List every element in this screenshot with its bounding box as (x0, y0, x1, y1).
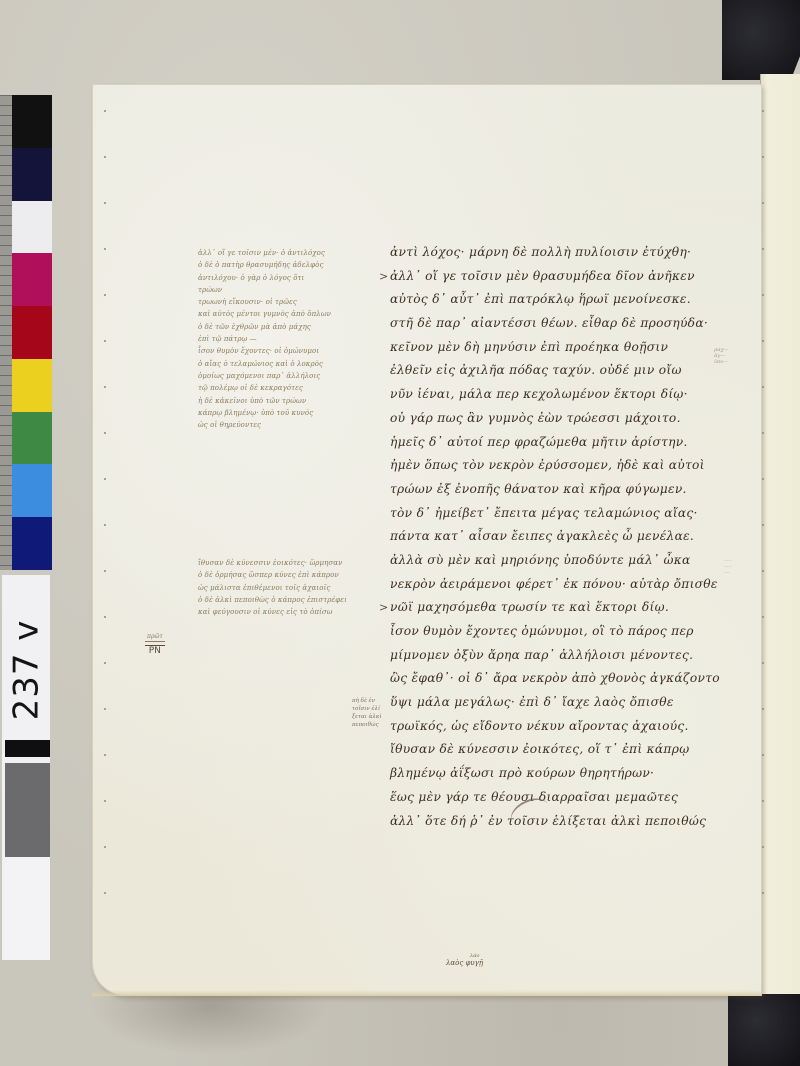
text-line: ὣς ἔφαθ᾽· οἱ δ᾽ ἄρα νεκρὸν ἀπὸ χθονὸς ἀγ… (390, 667, 750, 691)
pricking-hole (104, 800, 106, 802)
text-line: τρωϊκός, ὡς εἴδοντο νέκυν αἴροντας ἀχαιο… (390, 715, 750, 739)
text-line-content: αὐτὸς δ᾽ αὖτ᾽ ἐπὶ πατρόκλῳ ἥρωϊ μενοίνεσ… (390, 292, 691, 306)
gloss-line: ὁμοίως μαχόμενοι παρ᾽ ἀλλήλοις (198, 370, 378, 382)
gloss-line: τρωωνὴ εἴκουσιν· οἱ τρῶες (198, 296, 378, 308)
text-line: ἀλλὰ σὺ μὲν καὶ μηριόνης ὑποδύντε μάλ᾽ ὦ… (390, 549, 750, 573)
pricking-hole (104, 478, 106, 480)
gloss-line: ἴθυσαν δὲ κύνεσσιν ἐοικότες· ὥρμησαν (198, 557, 378, 569)
gloss-line: ὁ δὲ ὁρμήσας ὥσπερ κύνες ἐπὶ κάπρον (198, 569, 378, 581)
folio-label-strip: 237 v (2, 575, 50, 960)
pricking-hole (104, 202, 106, 204)
text-line-content: ὕψι μάλα μεγάλως· ἐπὶ δ᾽ ἴαχε λαὸς ὄπισθ… (390, 695, 674, 709)
pricking-hole (104, 110, 106, 112)
line-marker-icon: > (379, 265, 389, 289)
main-text-block: ἀντὶ λόχος· μάρνη δὲ πολλὴ πυλίοισιν ἐτύ… (390, 241, 750, 833)
quire-signature-above: πρῶτ (145, 633, 165, 642)
text-line: ὕψι μάλα μεγάλως· ἐπὶ δ᾽ ἴαχε λαὸς ὄπισθ… (390, 691, 750, 715)
text-line: ἡμεῖς δ᾽ αὐτοί περ φραζώμεθα μῆτιν ἀρίστ… (390, 431, 750, 455)
label-block-white (5, 857, 50, 960)
marginal-gloss-lower: ἴθυσαν δὲ κύνεσσιν ἐοικότες· ὥρμησανὁ δὲ… (198, 557, 378, 618)
gloss-line: ὁ δὲ ἀλκὶ πεποιθὼς ὁ κάπρος ἐπιστρέφει (198, 594, 378, 606)
text-line: κεῖνον μὲν δὴ μηνύσιν ἐπὶ προέηκα θοῇσιν (390, 336, 750, 360)
pricking-hole (762, 570, 764, 572)
text-line-content: στῆ δὲ παρ᾽ αἰαντέσσι θέων. εἶθαρ δὲ προ… (390, 316, 708, 330)
text-line: ἶσον θυμὸν ἔχοντες ὁμώνυμοι, οἳ τὸ πάρος… (390, 620, 750, 644)
swatch-cyan (12, 464, 52, 517)
text-line-content: βλημένῳ ἀΐξωσι πρὸ κούρων θηρητήρων· (390, 766, 654, 780)
text-line-content: ἴθυσαν δὲ κύνεσσιν ἐοικότες, οἵ τ᾽ ἐπὶ κ… (390, 742, 689, 756)
catchword: λάο λαὸς φυγῇ (446, 953, 483, 968)
text-line: πάντα κατ᾽ αἶσαν ἔειπες ἀγακλεὲς ὦ μενέλ… (390, 525, 750, 549)
pricking-hole (762, 662, 764, 664)
pricking-hole (104, 294, 106, 296)
text-line-content: τὸν δ᾽ ἠμείβετ᾽ ἔπειτα μέγας τελαμώνιος … (390, 506, 698, 520)
pricking-hole (104, 708, 106, 710)
pricking-hole (762, 616, 764, 618)
swatch-black (12, 95, 52, 148)
text-line: ἀντὶ λόχος· μάρνη δὲ πολλὴ πυλίοισιν ἐτύ… (390, 241, 750, 265)
swatch-yellow (12, 359, 52, 412)
text-line-content: νεκρὸν ἀειράμενοι φέρετ᾽ ἐκ πόνου· αὐτὰρ… (390, 577, 718, 591)
swatch-white (12, 201, 52, 254)
text-line-content: κεῖνον μὲν δὴ μηνύσιν ἐπὶ προέηκα θοῇσιν (390, 340, 668, 354)
text-line-content: ἠμὲν ὅπως τὸν νεκρὸν ἐρύσσομεν, ἠδὲ καὶ … (390, 458, 705, 472)
pricking-hole (104, 156, 106, 158)
pricking-hole (104, 616, 106, 618)
gloss-line: ὡς οἱ θηρεύοντες (198, 419, 378, 431)
gloss-line: ὡς μάλιστα ἐπιθέμενοι τοῖς ἀχαιοῖς (198, 582, 378, 594)
pricking-hole (104, 432, 106, 434)
text-line: οὐ γάρ πως ἂν γυμνὸς ἐὼν τρώεσσι μάχοιτο… (390, 407, 750, 431)
pricking-hole (762, 800, 764, 802)
pricking-hole (762, 478, 764, 480)
pricking-hole (762, 754, 764, 756)
text-line: ἀλλ᾽ ὅτε δή ῥ᾽ ἐν τοῖσιν ἑλίξεται ἀλκὶ π… (390, 810, 750, 834)
gloss-line: ὁ δὲ τῶν ἐχθρῶν μὰ ἀπὸ μάχης (198, 321, 378, 333)
pricking-hole (104, 846, 106, 848)
gloss-line: ὑπο— (714, 359, 729, 365)
swatch-green (12, 412, 52, 465)
text-line-content: νῦν ἰέναι, μάλα περ κεχολωμένον ἕκτορι δ… (390, 387, 688, 401)
pricking-hole (104, 340, 106, 342)
gloss-line: τῷ πολέμῳ οἱ δὲ κεκραγότες (198, 382, 378, 394)
text-line: ἴθυσαν δὲ κύνεσσιν ἐοικότες, οἵ τ᾽ ἐπὶ κ… (390, 738, 750, 762)
text-line: βλημένῳ ἀΐξωσι πρὸ κούρων θηρητήρων· (390, 762, 750, 786)
pricking-hole (762, 248, 764, 250)
scale-ruler (0, 95, 12, 570)
swatch-magenta (12, 253, 52, 306)
dark-cloth-top-right (722, 0, 800, 80)
page-bottom-edge (92, 990, 762, 996)
text-line: τὸν δ᾽ ἠμείβετ᾽ ἔπειτα μέγας τελαμώνιος … (390, 502, 750, 526)
pricking-hole (762, 202, 764, 204)
pricking-hole (762, 110, 764, 112)
pricking-hole (762, 432, 764, 434)
pricking-hole (762, 524, 764, 526)
text-line: αὐτὸς δ᾽ αὖτ᾽ ἐπὶ πατρόκλῳ ἥρωϊ μενοίνεσ… (390, 288, 750, 312)
pricking-hole (762, 294, 764, 296)
pricking-hole (104, 248, 106, 250)
text-line: ἠμὲν ὅπως τὸν νεκρὸν ἐρύσσομεν, ἠδὲ καὶ … (390, 454, 750, 478)
text-line: μίμνομεν ὀξὺν ἄρηα παρ᾽ ἀλλήλοισι μένοντ… (390, 644, 750, 668)
line-marker-icon: > (379, 596, 389, 620)
pricking-hole (762, 156, 764, 158)
quire-signature-mark: ΡΝ (145, 645, 165, 657)
gloss-line: καὶ αὐτὸς μέντοι γυμνὸς ἀπὸ ὅπλων (198, 308, 378, 320)
gloss-line: ξεται ἀλκὶ (352, 713, 382, 721)
text-line-content: οὐ γάρ πως ἂν γυμνὸς ἐὼν τρώεσσι μάχοιτο… (390, 411, 681, 425)
gloss-line: ἀλλ᾽ οἵ γε τοῖσιν μέν· ὁ ἀντιλόχος (198, 247, 378, 259)
swatch-blue (12, 517, 52, 570)
gloss-line: ἀντιλόχου· ὁ γὰρ ὁ λόγος ὅτι (198, 272, 378, 284)
color-calibration-target (0, 95, 52, 570)
text-line: ἐλθεῖν εἰς ἀχιλῆα πόδας ταχύν. οὐδέ μιν … (390, 359, 750, 383)
pricking-hole (104, 892, 106, 894)
gloss-line: καὶ φεύγουσιν οἱ κύνες εἰς τὸ ὀπίσω (198, 606, 378, 618)
pricking-hole (104, 754, 106, 756)
gloss-line: ἶσον θυμὸν ἔχοντες· οἱ ὁμώνυμοι (198, 345, 378, 357)
pricking-hole (104, 524, 106, 526)
text-line-content: ἡμεῖς δ᾽ αὐτοί περ φραζώμεθα μῆτιν ἀρίστ… (390, 435, 688, 449)
swatch-red (12, 306, 52, 359)
quire-signature: πρῶτ ΡΝ (145, 633, 165, 657)
gloss-line: ὁ δὲ ὁ πατὴρ θρασυμήδης ἀδελφὸς (198, 259, 378, 271)
text-line-content: ἀλλὰ σὺ μὲν καὶ μηριόνης ὑποδύντε μάλ᾽ ὦ… (390, 553, 691, 567)
swatch-dark-blue (12, 148, 52, 201)
text-line: νεκρὸν ἀειράμενοι φέρετ᾽ ἐκ πόνου· αὐτὰρ… (390, 573, 750, 597)
text-line-content: μίμνομεν ὀξὺν ἄρηα παρ᾽ ἀλλήλοισι μένοντ… (390, 648, 693, 662)
text-line-content: τρώων ἐξ ἐνοπῆς θάνατον καὶ κῆρα φύγωμεν… (390, 482, 687, 496)
label-block-gray (5, 763, 50, 857)
right-margin-note: μαχ—ἀγ—ὑπο— (714, 347, 729, 365)
text-line-content: ἀλλ᾽ οἵ γε τοῖσιν μὲν θρασυμήδεα δῖον ἀν… (390, 269, 695, 283)
text-line: >νῶϊ μαχησόμεθα τρωσίν τε καὶ ἕκτορι δίῳ… (390, 596, 750, 620)
gloss-line: κάπρῳ βλημένῳ· ὑπὸ τοῦ κυνός (198, 407, 378, 419)
text-line-content: πάντα κατ᾽ αἶσαν ἔειπες ἀγακλεὲς ὦ μενέλ… (390, 529, 694, 543)
gloss-line: τοῖσιν ἑλί (352, 705, 382, 713)
text-line: >ἀλλ᾽ οἵ γε τοῖσιν μὲν θρασυμήδεα δῖον ἀ… (390, 265, 750, 289)
text-line: τρώων ἐξ ἐνοπῆς θάνατον καὶ κῆρα φύγωμεν… (390, 478, 750, 502)
gloss-line: τρώων (198, 284, 378, 296)
marginal-gloss-upper: ἀλλ᾽ οἵ γε τοῖσιν μέν· ὁ ἀντιλόχοςὁ δὲ ὁ… (198, 247, 378, 431)
gloss-line: ἐπὶ τῷ πάτρῳ — (198, 333, 378, 345)
text-line-content: τρωϊκός, ὡς εἴδοντο νέκυν αἴροντας ἀχαιο… (390, 719, 689, 733)
text-line-content: ἐλθεῖν εἰς ἀχιλῆα πόδας ταχύν. οὐδέ μιν … (390, 363, 682, 377)
gloss-line: ἡ δὲ κἀκεῖνοι ὑπὸ τῶν τρώων (198, 395, 378, 407)
pricking-hole (762, 892, 764, 894)
right-margin-note-2: ·············· (724, 558, 732, 576)
text-line: νῦν ἰέναι, μάλα περ κεχολωμένον ἕκτορι δ… (390, 383, 750, 407)
text-line-content: ἀντὶ λόχος· μάρνη δὲ πολλὴ πυλίοισιν ἐτύ… (390, 245, 691, 259)
pricking-hole (762, 846, 764, 848)
text-line: στῆ δὲ παρ᾽ αἰαντέσσι θέων. εἶθαρ δὲ προ… (390, 312, 750, 336)
left-margin-note-bottom: πὴ δὲ ἐντοῖσιν ἑλίξεται ἀλκὶπεποιθώς (352, 697, 382, 729)
dark-cloth-bottom-right (728, 990, 800, 1066)
pricking-hole (762, 386, 764, 388)
folio-number-label: 237 v (2, 595, 50, 745)
text-line-content: ὣς ἔφαθ᾽· οἱ δ᾽ ἄρα νεκρὸν ἀπὸ χθονὸς ἀγ… (390, 671, 720, 685)
text-line-content: νῶϊ μαχησόμεθα τρωσίν τε καὶ ἕκτορι δίῳ. (390, 600, 669, 614)
label-block-black (5, 740, 50, 757)
pricking-hole (104, 386, 106, 388)
pricking-hole (762, 340, 764, 342)
gloss-line: πὴ δὲ ἐν (352, 697, 382, 705)
pricking-hole (104, 570, 106, 572)
pricking-hole (762, 708, 764, 710)
facing-page-edge (760, 74, 800, 994)
gloss-line: πεποιθώς (352, 721, 382, 729)
catchword-text: λαὸς φυγῇ (446, 959, 483, 968)
gloss-line: ὁ αἴας ὁ τελαμώνιος καὶ ὁ λοκρὸς (198, 358, 378, 370)
text-line: ἕως μὲν γάρ τε θέουσι διαρραῖσαι μεμαῶτε… (390, 786, 750, 810)
pricking-hole (104, 662, 106, 664)
text-line-content: ἶσον θυμὸν ἔχοντες ὁμώνυμοι, οἳ τὸ πάρος… (390, 624, 694, 638)
